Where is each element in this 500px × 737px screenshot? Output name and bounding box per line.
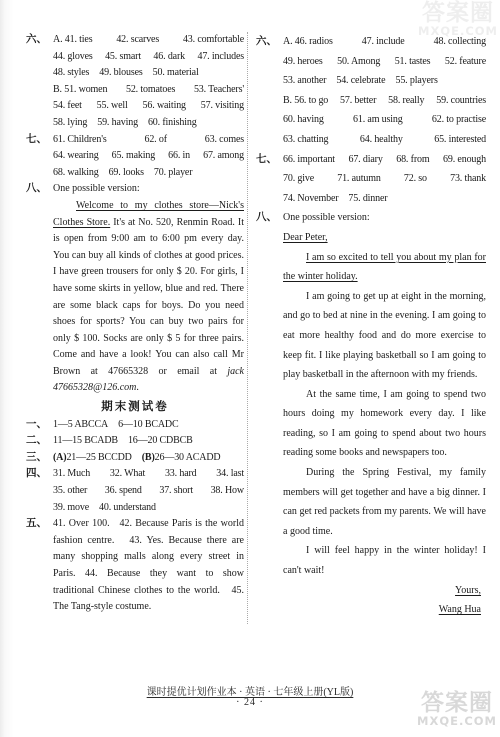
answer-item: 59. having bbox=[97, 115, 138, 132]
text-segment: A. 41. ties bbox=[53, 34, 92, 45]
text-segment: 52. tomatoes bbox=[126, 84, 175, 95]
text-segment: 70. player bbox=[154, 167, 193, 178]
answer-item: 47. includes bbox=[197, 49, 244, 66]
answer-item: 67. among bbox=[203, 148, 244, 165]
paragraph: One possible version: bbox=[53, 181, 244, 198]
paragraph: I will feel happy in the winter holiday!… bbox=[283, 541, 486, 580]
answer-item: 70. player bbox=[154, 165, 193, 182]
answer-item: 51. tastes bbox=[395, 52, 431, 72]
answer-item: 35. other bbox=[53, 483, 87, 500]
answer-item: 54. celebrate bbox=[336, 71, 385, 91]
text-segment: 73. thank bbox=[450, 173, 486, 184]
answer-line: 64. wearing65. making66. in67. among bbox=[53, 148, 244, 165]
text-segment: 50. Among bbox=[337, 56, 380, 67]
text-segment: 50. material bbox=[153, 67, 199, 78]
text-segment: 69. looks bbox=[109, 167, 144, 178]
text-segment: 47. includes bbox=[197, 51, 244, 62]
answer-item: 64. healthy bbox=[360, 130, 403, 150]
answer-item: (B)26—30 ACADD bbox=[142, 450, 221, 467]
text-segment: I will feel happy in the winter holiday!… bbox=[283, 545, 486, 576]
section-label: 六、 bbox=[256, 32, 283, 150]
answer-item: 66. important bbox=[283, 150, 335, 170]
answer-item: (A)21—25 BCCDD bbox=[53, 450, 132, 467]
answer-item: 73. thank bbox=[450, 169, 486, 189]
answer-item: 11—15 BCADB bbox=[53, 433, 118, 450]
text-segment: 44. gloves bbox=[53, 51, 93, 62]
text-segment: 54. feet bbox=[53, 100, 82, 111]
text-segment: 55. players bbox=[395, 75, 437, 86]
answer-item: 57. visiting bbox=[201, 98, 244, 115]
answer-item: 62. of bbox=[144, 132, 166, 149]
answer-item: 72. so bbox=[404, 169, 427, 189]
text-segment: 68. from bbox=[396, 154, 429, 165]
answer-item: 68. walking bbox=[53, 165, 99, 182]
text-segment: 32. What bbox=[110, 468, 145, 479]
answer-item: 60. finishing bbox=[148, 115, 197, 132]
paragraph: I am so excited to tell you about my pla… bbox=[283, 248, 486, 287]
answer-item: 53. another bbox=[283, 71, 326, 91]
text-segment: 53. another bbox=[283, 75, 326, 86]
answer-item: 61. Children's bbox=[53, 132, 107, 149]
answer-item: 43. comfortable bbox=[183, 32, 244, 49]
answer-item: 38. How bbox=[211, 483, 244, 500]
text-segment: 49. heroes bbox=[283, 56, 323, 67]
text-segment: A. 46. radios bbox=[283, 36, 333, 47]
text-segment: 49. blouses bbox=[99, 67, 142, 78]
text-segment: At the same time, I am going to spend tw… bbox=[283, 389, 486, 459]
text-segment: 43. comfortable bbox=[183, 34, 244, 45]
text-segment: 45. smart bbox=[105, 51, 141, 62]
text-segment: It's at No. 520, Renmin Road. It is open… bbox=[53, 217, 244, 377]
text-segment: 64. wearing bbox=[53, 150, 99, 161]
section-label: 五、 bbox=[26, 516, 53, 616]
text-segment: 56. waiting bbox=[143, 100, 186, 111]
section-block: 三、(A)21—25 BCCDD(B)26—30 ACADD bbox=[26, 450, 244, 467]
answer-item: 48. styles bbox=[53, 65, 89, 82]
answer-item: 53. Teachers' bbox=[194, 82, 244, 99]
text-segment: 34. last bbox=[216, 468, 244, 479]
text-segment: 6—10 BCADC bbox=[118, 419, 178, 430]
text-segment: 39. move bbox=[53, 502, 89, 513]
answer-item: 42. scarves bbox=[116, 32, 159, 49]
answer-item: 65. interested bbox=[434, 130, 486, 150]
section-label: 四、 bbox=[26, 466, 53, 516]
answer-line: 60. having61. am using62. to practise bbox=[283, 110, 486, 130]
answer-item: 44. gloves bbox=[53, 49, 93, 66]
text-segment: 37. short bbox=[159, 485, 193, 496]
text-segment: 64. healthy bbox=[360, 134, 403, 145]
text-segment: Yours, bbox=[455, 585, 481, 596]
paragraph: During the Spring Festival, my family me… bbox=[283, 463, 486, 541]
section-content: 61. Children's62. of63. comes64. wearing… bbox=[53, 132, 244, 182]
section-label: 一、 bbox=[26, 417, 53, 434]
text-segment: 63. comes bbox=[205, 134, 244, 145]
text-segment: 65. interested bbox=[434, 134, 486, 145]
answer-line: 44. gloves45. smart46. dark47. includes bbox=[53, 49, 244, 66]
answer-line: 11—15 BCADB16—20 CDBCB bbox=[53, 433, 244, 450]
answer-item: 63. chatting bbox=[283, 130, 328, 150]
answer-item: 45. smart bbox=[105, 49, 141, 66]
answer-line: 35. other36. spend37. short38. How bbox=[53, 483, 244, 500]
answer-item: A. 41. ties bbox=[53, 32, 92, 49]
answer-item: 40. understand bbox=[99, 500, 156, 517]
answer-item: 52. feature bbox=[445, 52, 486, 72]
answer-item: 1—5 ABCCA bbox=[53, 417, 108, 434]
text-segment: Dear Peter, bbox=[283, 232, 328, 243]
section-label: 六、 bbox=[26, 32, 53, 132]
answer-line: 61. Children's62. of63. comes bbox=[53, 132, 244, 149]
text-segment: One possible version: bbox=[53, 183, 140, 194]
answer-item: 55. players bbox=[395, 71, 437, 91]
answer-line: 66. important67. diary68. from69. enough bbox=[283, 150, 486, 170]
text-segment: 75. dinner bbox=[348, 193, 387, 204]
answer-item: 58. lying bbox=[53, 115, 87, 132]
text-segment: 63. chatting bbox=[283, 134, 328, 145]
text-segment: 42. scarves bbox=[116, 34, 159, 45]
text-segment: 38. How bbox=[211, 485, 244, 496]
watermark-logo: 答案圈 bbox=[418, 1, 498, 25]
section-label: 八、 bbox=[26, 181, 53, 397]
text-segment: 61. Children's bbox=[53, 134, 107, 145]
text-segment: 66. important bbox=[283, 154, 335, 165]
text-segment: 16—20 CDBCB bbox=[128, 435, 193, 446]
left-column: 六、A. 41. ties42. scarves43. comfortable4… bbox=[26, 32, 244, 616]
right-column: 六、A. 46. radios47. include48. collecting… bbox=[256, 32, 486, 620]
text-segment: 48. collecting bbox=[434, 36, 486, 47]
answer-item: B. 51. women bbox=[53, 82, 107, 99]
answer-line: (A)21—25 BCCDD(B)26—30 ACADD bbox=[53, 450, 244, 467]
answer-item: 50. Among bbox=[337, 52, 380, 72]
text-segment: 70. give bbox=[283, 173, 314, 184]
section-block: 二、11—15 BCADB16—20 CDBCB bbox=[26, 433, 244, 450]
answer-item: 47. include bbox=[362, 32, 405, 52]
section-block: 七、66. important67. diary68. from69. enou… bbox=[256, 150, 486, 209]
answer-item: 31. Much bbox=[53, 466, 90, 483]
answer-item: 54. feet bbox=[53, 98, 82, 115]
text-segment: 1—5 ABCCA bbox=[53, 419, 108, 430]
answer-item: 34. last bbox=[216, 466, 244, 483]
paragraph: One possible version: bbox=[283, 208, 486, 228]
section-label: 八、 bbox=[256, 208, 283, 619]
answer-line: A. 46. radios47. include48. collecting bbox=[283, 32, 486, 52]
text-segment: 69. enough bbox=[443, 154, 486, 165]
answer-item: 63. comes bbox=[205, 132, 244, 149]
text-segment: 59. having bbox=[97, 117, 138, 128]
answer-item: 62. to practise bbox=[432, 110, 486, 130]
section-content: 31. Much32. What33. hard34. last35. othe… bbox=[53, 466, 244, 516]
text-segment: 47. include bbox=[362, 36, 405, 47]
text-segment: B. 51. women bbox=[53, 84, 107, 95]
text-segment: 51. tastes bbox=[395, 56, 431, 67]
section-label: 三、 bbox=[26, 450, 53, 467]
answer-item: 32. What bbox=[110, 466, 145, 483]
watermark-site: MXQE.COM bbox=[417, 715, 497, 727]
section-content: 1—5 ABCCA6—10 BCADC bbox=[53, 417, 244, 434]
text-segment: 55. well bbox=[97, 100, 128, 111]
text-segment: 36. spend bbox=[105, 485, 142, 496]
two-column-layout: 六、A. 41. ties42. scarves43. comfortable4… bbox=[26, 32, 486, 624]
answer-item: A. 46. radios bbox=[283, 32, 333, 52]
text-segment: 60. having bbox=[283, 114, 324, 125]
answer-line: 58. lying59. having60. finishing bbox=[53, 115, 244, 132]
section-block: 六、A. 46. radios47. include48. collecting… bbox=[256, 32, 486, 150]
text-segment: 52. feature bbox=[445, 56, 486, 67]
text-segment: 60. finishing bbox=[148, 117, 197, 128]
section-block: 五、41. Over 100. 42. Because Paris is the… bbox=[26, 516, 244, 616]
answer-line: 39. move40. understand bbox=[53, 500, 244, 517]
text-segment: Wang Hua bbox=[439, 604, 481, 615]
section-content: A. 41. ties42. scarves43. comfortable44.… bbox=[53, 32, 244, 132]
answer-item: 46. dark bbox=[153, 49, 185, 66]
text-segment: 61. am using bbox=[353, 114, 403, 125]
text-segment: 66. in bbox=[168, 150, 190, 161]
text-segment: 48. styles bbox=[53, 67, 89, 78]
paragraph: Yours, bbox=[283, 581, 486, 601]
text-segment: 21—25 BCCDD bbox=[66, 452, 131, 463]
answer-line: 31. Much32. What33. hard34. last bbox=[53, 466, 244, 483]
column-divider bbox=[247, 32, 248, 624]
answer-item: 66. in bbox=[168, 148, 190, 165]
text-segment: 26—30 ACADD bbox=[155, 452, 221, 463]
answer-line: B. 51. women52. tomatoes53. Teachers' bbox=[53, 82, 244, 99]
answer-item: 67. diary bbox=[348, 150, 382, 170]
answer-item: 71. autumn bbox=[337, 169, 381, 189]
text-segment: 46. dark bbox=[153, 51, 185, 62]
answer-item: 50. material bbox=[153, 65, 199, 82]
answer-item: 39. move bbox=[53, 500, 89, 517]
answer-item: 74. November bbox=[283, 189, 338, 209]
answer-item: 69. looks bbox=[109, 165, 144, 182]
paragraph: At the same time, I am going to spend tw… bbox=[283, 385, 486, 463]
section-content: 11—15 BCADB16—20 CDBCB bbox=[53, 433, 244, 450]
paragraph: Welcome to my clothes store—Nick's Cloth… bbox=[53, 198, 244, 397]
answer-item: B. 56. to go bbox=[283, 91, 328, 111]
text-segment: 72. so bbox=[404, 173, 427, 184]
section-content: A. 46. radios47. include48. collecting49… bbox=[283, 32, 486, 150]
text-segment: 62. of bbox=[144, 134, 166, 145]
text-segment: 71. autumn bbox=[337, 173, 381, 184]
text-segment: 53. Teachers' bbox=[194, 84, 244, 95]
text-segment: 62. to practise bbox=[432, 114, 486, 125]
section-content: One possible version:Welcome to my cloth… bbox=[53, 181, 244, 397]
text-segment: 35. other bbox=[53, 485, 87, 496]
answer-item: 58. really bbox=[388, 91, 424, 111]
answer-item: 75. dinner bbox=[348, 189, 387, 209]
answer-item: 37. short bbox=[159, 483, 193, 500]
text-segment: 68. walking bbox=[53, 167, 99, 178]
paragraph: 41. Over 100. 42. Because Paris is the w… bbox=[53, 516, 244, 616]
section-block: 四、31. Much32. What33. hard34. last35. ot… bbox=[26, 466, 244, 516]
text-segment: 65. making bbox=[112, 150, 156, 161]
answer-item: 16—20 CDBCB bbox=[128, 433, 193, 450]
answer-line: 1—5 ABCCA6—10 BCADC bbox=[53, 417, 244, 434]
text-segment: 57. better bbox=[340, 95, 376, 106]
answer-item: 36. spend bbox=[105, 483, 142, 500]
text-segment: . bbox=[136, 382, 139, 393]
answer-item: 69. enough bbox=[443, 150, 486, 170]
answer-item: 61. am using bbox=[353, 110, 403, 130]
section-content: 41. Over 100. 42. Because Paris is the w… bbox=[53, 516, 244, 616]
text-segment: During the Spring Festival, my family me… bbox=[283, 467, 486, 537]
answer-line: 53. another54. celebrate55. players bbox=[283, 71, 486, 91]
text-segment: 40. understand bbox=[99, 502, 156, 513]
answer-line: A. 41. ties42. scarves43. comfortable bbox=[53, 32, 244, 49]
answer-item: 59. countries bbox=[436, 91, 486, 111]
section-block: 八、One possible version:Welcome to my clo… bbox=[26, 181, 244, 397]
section-content: (A)21—25 BCCDD(B)26—30 ACADD bbox=[53, 450, 244, 467]
paragraph: Dear Peter, bbox=[283, 228, 486, 248]
answer-item: 60. having bbox=[283, 110, 324, 130]
text-segment: I am so excited to tell you about my pla… bbox=[283, 252, 486, 283]
text-segment: 67. among bbox=[203, 150, 244, 161]
scanned-page: 答案圈 MXQE.COM 六、A. 41. ties42. scarves43.… bbox=[0, 0, 500, 737]
answer-line: 63. chatting64. healthy65. interested bbox=[283, 130, 486, 150]
answer-line: B. 56. to go57. better58. really59. coun… bbox=[283, 91, 486, 111]
answer-item: 49. blouses bbox=[99, 65, 142, 82]
text-segment: 58. lying bbox=[53, 117, 87, 128]
section-block: 八、One possible version:Dear Peter,I am s… bbox=[256, 208, 486, 619]
answer-line: 54. feet55. well56. waiting57. visiting bbox=[53, 98, 244, 115]
answer-item: 52. tomatoes bbox=[126, 82, 175, 99]
answer-line: 48. styles49. blouses50. material bbox=[53, 65, 244, 82]
answer-item: 48. collecting bbox=[434, 32, 486, 52]
answer-item: 49. heroes bbox=[283, 52, 323, 72]
text-segment: I am going to get up at eight in the mor… bbox=[283, 291, 486, 380]
text-segment: 11—15 BCADB bbox=[53, 435, 118, 446]
text-segment: (A) bbox=[53, 452, 66, 463]
text-segment: 33. hard bbox=[165, 468, 197, 479]
text-segment: 59. countries bbox=[436, 95, 486, 106]
section-content: One possible version:Dear Peter,I am so … bbox=[283, 208, 486, 619]
text-segment: One possible version: bbox=[283, 212, 370, 223]
page-footer: 课时提优计划作业本 · 英语 · 七年级上册(YL版) bbox=[0, 683, 500, 698]
answer-item: 55. well bbox=[97, 98, 128, 115]
text-segment: 54. celebrate bbox=[336, 75, 385, 86]
answer-item: 6—10 BCADC bbox=[118, 417, 178, 434]
paragraph: I am going to get up at eight in the mor… bbox=[283, 287, 486, 385]
answer-line: 74. November75. dinner bbox=[283, 189, 486, 209]
section-label: 七、 bbox=[26, 132, 53, 182]
paragraph: Wang Hua bbox=[283, 600, 486, 620]
answer-item: 70. give bbox=[283, 169, 314, 189]
section-label: 二、 bbox=[26, 433, 53, 450]
answer-line: 49. heroes50. Among51. tastes52. feature bbox=[283, 52, 486, 72]
section-block: 一、1—5 ABCCA6—10 BCADC bbox=[26, 417, 244, 434]
section-block: 六、A. 41. ties42. scarves43. comfortable4… bbox=[26, 32, 244, 132]
section-heading: 期末测试卷 bbox=[26, 397, 244, 417]
text-segment: (B) bbox=[142, 452, 155, 463]
answer-item: 65. making bbox=[112, 148, 156, 165]
text-segment: B. 56. to go bbox=[283, 95, 328, 106]
text-segment: 58. really bbox=[388, 95, 424, 106]
text-segment: 57. visiting bbox=[201, 100, 244, 111]
text-segment: 41. Over 100. 42. Because Paris is the w… bbox=[53, 518, 244, 612]
answer-item: 56. waiting bbox=[143, 98, 186, 115]
answer-line: 70. give71. autumn72. so73. thank bbox=[283, 169, 486, 189]
answer-item: 33. hard bbox=[165, 466, 197, 483]
section-content: 66. important67. diary68. from69. enough… bbox=[283, 150, 486, 209]
answer-line: 68. walking69. looks70. player bbox=[53, 165, 244, 182]
section-label: 七、 bbox=[256, 150, 283, 209]
section-block: 七、61. Children's62. of63. comes64. weari… bbox=[26, 132, 244, 182]
text-segment: 31. Much bbox=[53, 468, 90, 479]
answer-item: 64. wearing bbox=[53, 148, 99, 165]
text-segment: 74. November bbox=[283, 193, 338, 204]
page-number: · 24 · bbox=[0, 697, 500, 708]
answer-item: 68. from bbox=[396, 150, 429, 170]
answer-item: 57. better bbox=[340, 91, 376, 111]
text-segment: 67. diary bbox=[348, 154, 382, 165]
